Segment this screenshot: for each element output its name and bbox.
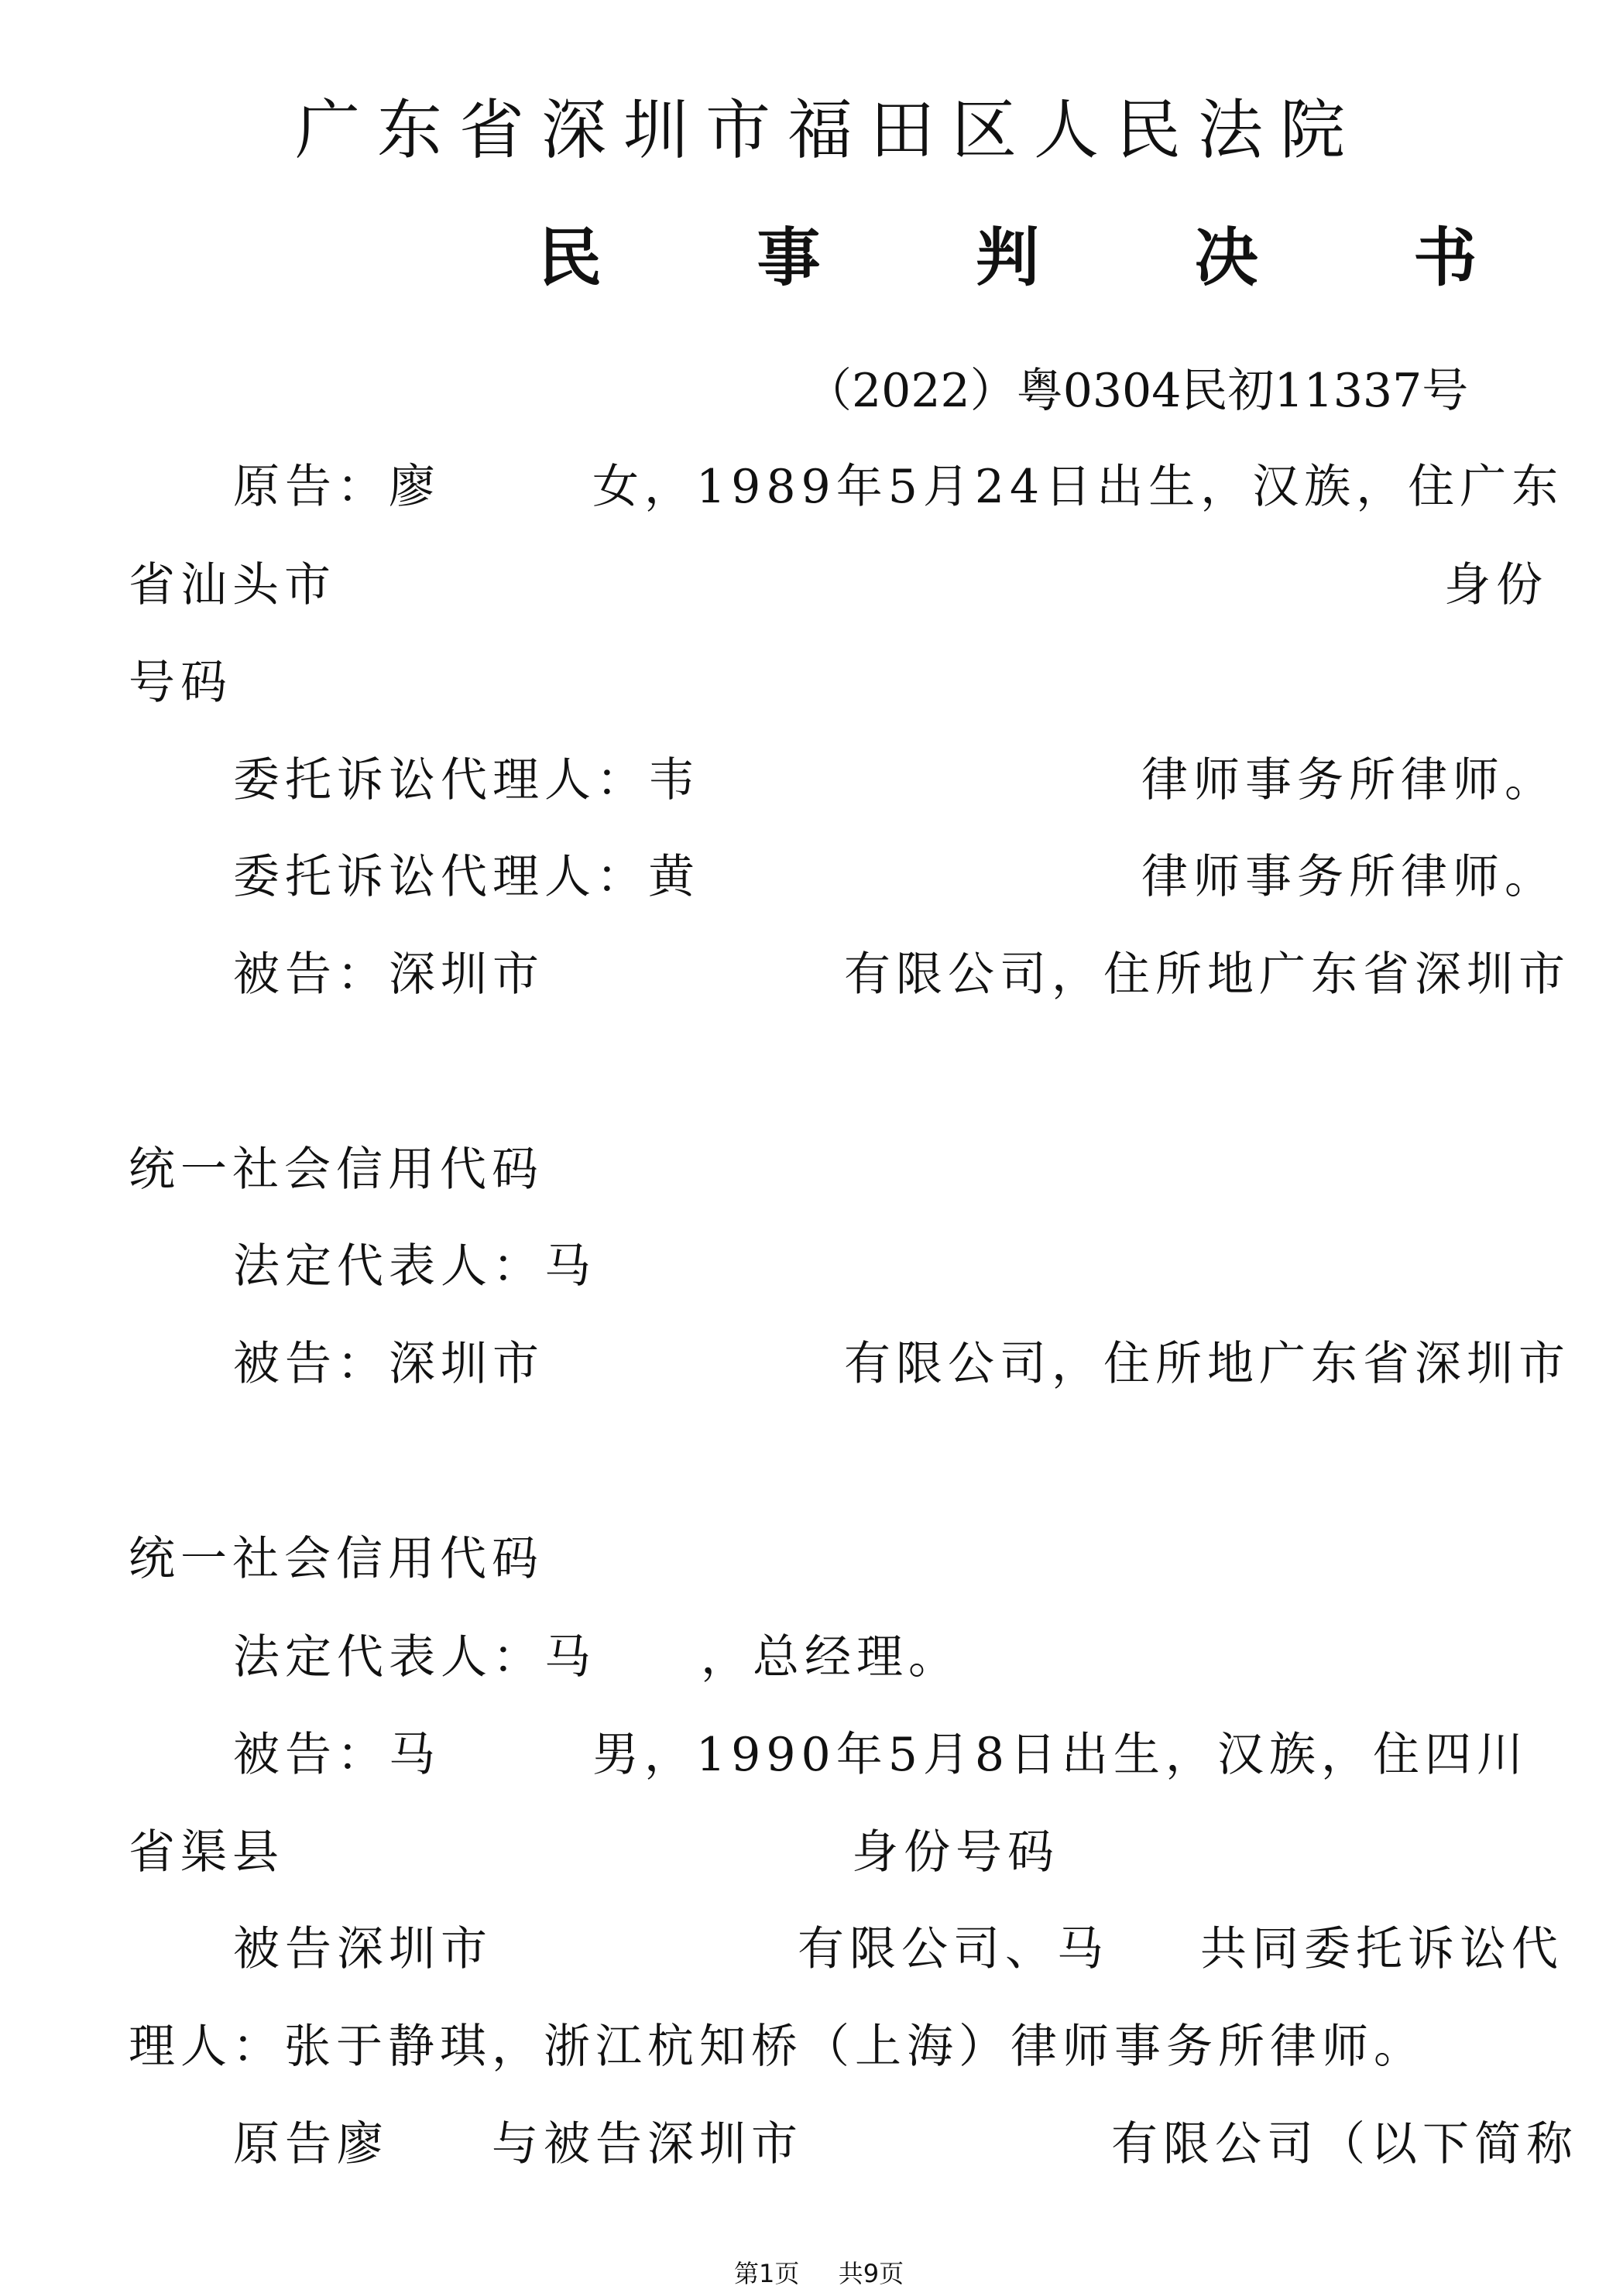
defendant-2-credit-code-label: 统一社会信用代码 — [129, 1528, 544, 1590]
defendant-2-name: 被告：深圳市 — [233, 1333, 544, 1395]
joint-agent-label: 共同委托诉讼代 — [1200, 1918, 1563, 1980]
defendant-1-address: 有限公司，住所地广东省深圳市 — [844, 944, 1570, 1006]
judgment-page: 广东省深圳市福田区人民法院 民 事 判 决 书 （2022）粤0304民初113… — [0, 0, 1623, 2296]
document-type-title: 民 事 判 决 书 — [538, 221, 1158, 295]
defendant-2-address: 有限公司，住所地广东省深圳市 — [844, 1333, 1570, 1395]
page-total: 共9页 — [839, 2257, 904, 2291]
defendant-3-address-start: 省渠县 — [129, 1821, 284, 1883]
defendant-2-legal-rep: 法定代表人：马 — [233, 1626, 596, 1688]
plaintiff-address-start: 省汕头市 — [129, 554, 336, 616]
defendant-2-legal-rep-title: ，总经理。 — [701, 1626, 960, 1688]
agent-2-name: 委托诉讼代理人：黄 — [233, 846, 700, 908]
plaintiff-id-label-end: 号码 — [129, 652, 232, 714]
case-summary-company: 有限公司（以下简称 — [1111, 2113, 1578, 2175]
defendant-1-legal-rep: 法定代表人：马 — [233, 1235, 596, 1297]
joint-agent-details: 理人：张于静琪，浙江杭知桥（上海）律师事务所律师。 — [129, 2016, 1426, 2078]
court-name: 广东省深圳市福田区人民法院 — [295, 91, 1379, 169]
defendant-1-name: 被告：深圳市 — [233, 944, 544, 1006]
case-summary-defendant: 与被告深圳市 — [492, 2113, 803, 2175]
agent-1-name: 委托诉讼代理人：韦 — [233, 749, 700, 811]
agent-1-firm: 律师事务所律师。 — [1141, 749, 1556, 811]
agent-2-firm: 律师事务所律师。 — [1141, 846, 1556, 908]
plaintiff-name: 原告：廖 — [233, 456, 441, 518]
defendant-3-name: 被告：马 — [233, 1724, 441, 1786]
defendant-3-details: 男，1990年5月8日出生，汉族，住四川 — [592, 1724, 1529, 1786]
page-footer: 第1页 共9页 — [734, 2257, 904, 2291]
defendant-3-id-label: 身份号码 — [852, 1821, 1059, 1883]
plaintiff-details: 女，1989年5月24日出生，汉族，住广东 — [592, 456, 1563, 518]
case-summary-plaintiff: 原告廖 — [233, 2113, 389, 2175]
plaintiff-id-label: 身份 — [1444, 554, 1548, 616]
page-number: 第1页 — [734, 2257, 799, 2291]
defendant-1-credit-code-label: 统一社会信用代码 — [129, 1139, 544, 1201]
joint-agent-parties: 被告深圳市 — [233, 1918, 492, 1980]
case-number: （2022）粤0304民初11337号 — [805, 360, 1502, 422]
joint-agent-parties-company: 有限公司、马 — [798, 1918, 1109, 1980]
